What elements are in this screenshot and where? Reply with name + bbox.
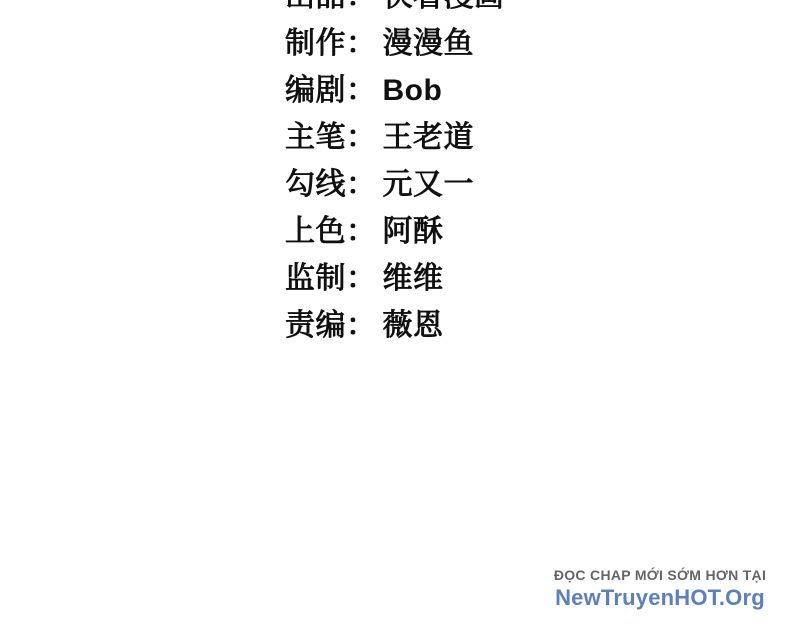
credit-line-screenwriter: 编剧：Bob <box>285 67 505 114</box>
credit-line-publisher: 出品：快看漫画 <box>285 0 505 20</box>
credit-separator: ： <box>346 309 377 342</box>
credit-line-coloring: 上色：阿酥 <box>285 208 505 255</box>
credit-line-editor: 责编：薇恩 <box>285 302 505 349</box>
credit-role: 制作 <box>285 27 346 60</box>
credit-separator: ： <box>346 215 377 248</box>
credit-line-lead-artist: 主笔：王老道 <box>285 114 505 161</box>
credit-separator: ： <box>346 74 377 107</box>
credit-name: 王老道 <box>383 121 475 154</box>
credit-role: 监制 <box>285 262 346 295</box>
credit-separator: ： <box>346 168 377 201</box>
credit-line-production: 制作：漫漫鱼 <box>285 20 505 67</box>
credit-line-inking: 勾线：元又一 <box>285 161 505 208</box>
credit-role: 责编 <box>285 309 346 342</box>
credit-name: 维维 <box>383 262 444 295</box>
credit-role: 上色 <box>285 215 346 248</box>
credit-role: 主笔 <box>285 121 346 154</box>
credit-separator: ： <box>346 0 377 13</box>
credit-name: 快看漫画 <box>383 0 505 13</box>
credit-name: 元又一 <box>383 168 475 201</box>
watermark-tagline: ĐỌC CHAP MỚI SỚM HƠN TẠI <box>540 566 780 585</box>
credit-role: 出品 <box>285 0 346 13</box>
watermark: ĐỌC CHAP MỚI SỚM HƠN TẠI NewTruyenHOT.Or… <box>540 566 780 611</box>
credit-separator: ： <box>346 121 377 154</box>
watermark-site-url: NewTruyenHOT.Org <box>540 585 780 611</box>
credit-role: 勾线 <box>285 168 346 201</box>
credit-line-supervisor: 监制：维维 <box>285 255 505 302</box>
credit-role: 编剧 <box>285 74 346 107</box>
credit-separator: ： <box>346 262 377 295</box>
credit-separator: ： <box>346 27 377 60</box>
credit-name: Bob <box>383 74 443 107</box>
credits-block: 出品：快看漫画 制作：漫漫鱼 编剧：Bob 主笔：王老道 勾线：元又一 上色：阿… <box>285 0 505 349</box>
credit-name: 阿酥 <box>383 215 444 248</box>
comic-credits-page: 出品：快看漫画 制作：漫漫鱼 编剧：Bob 主笔：王老道 勾线：元又一 上色：阿… <box>0 0 800 633</box>
credit-name: 薇恩 <box>383 309 444 342</box>
credit-name: 漫漫鱼 <box>383 27 475 60</box>
